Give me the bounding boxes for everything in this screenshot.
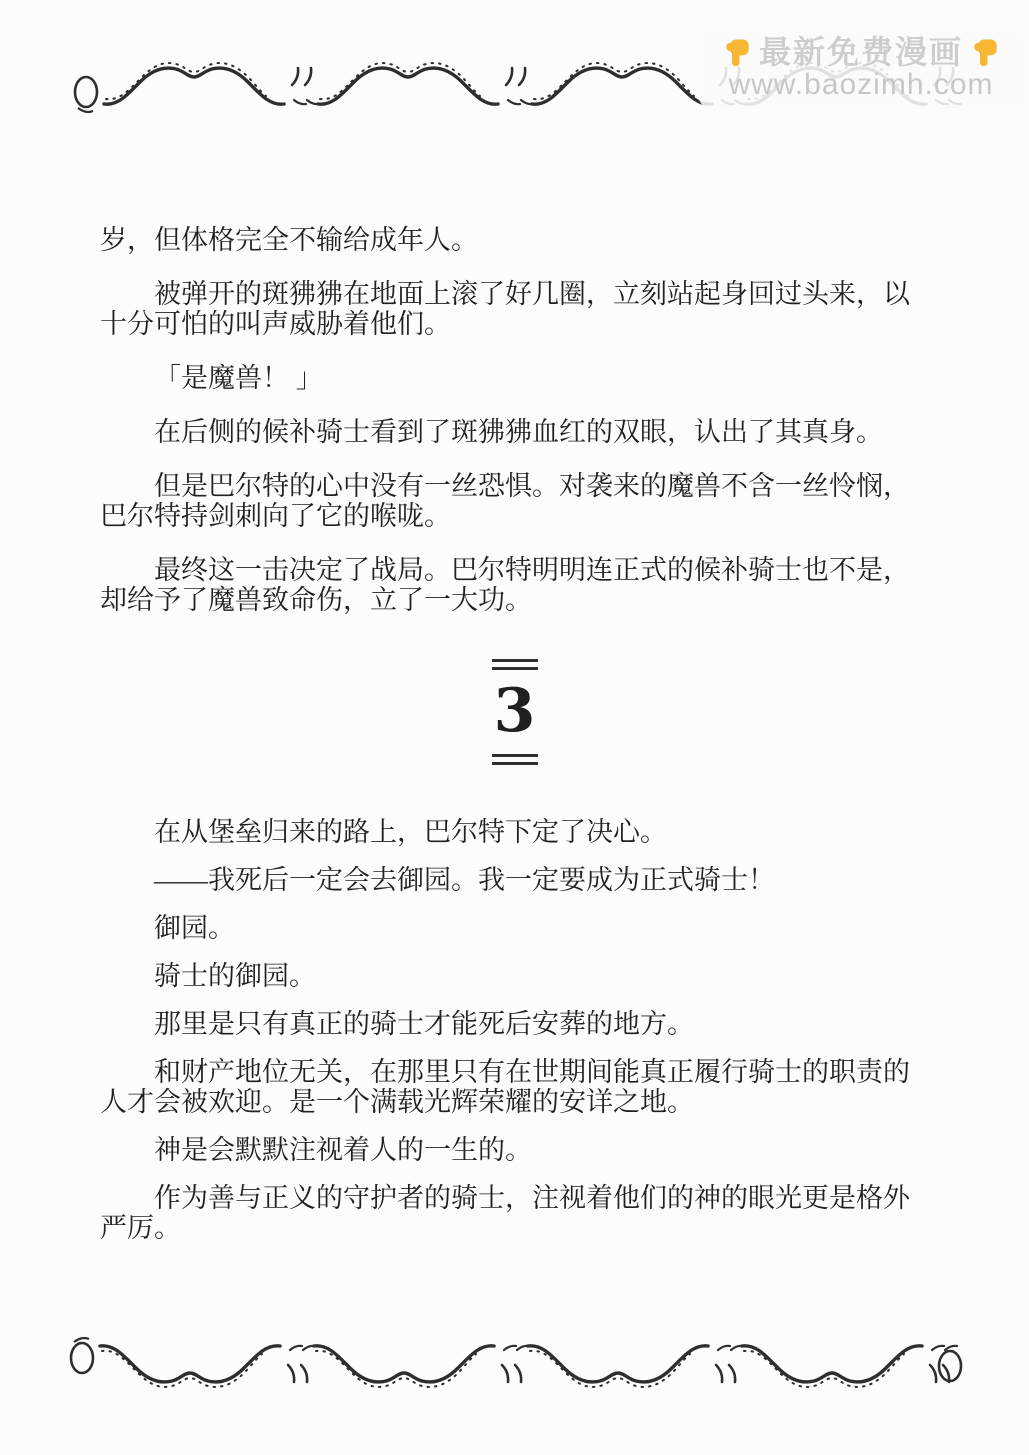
paragraph: ——我死后一定会去御园。我一定要成为正式骑士！ [100,865,929,895]
chapter-heading: 3 [492,659,538,765]
paragraph: 和财产地位无关，在那里只有在世期间能真正履行骑士的职责的人才会被欢迎。是一个满载… [100,1057,929,1117]
paragraph: 作为善与正义的守护者的骑士，注视着他们的神的眼光更是格外严厉。 [100,1183,929,1243]
text-section-2: 在从堡垒归来的路上，巴尔特下定了决心。 ——我死后一定会去御园。我一定要成为正式… [100,817,929,1243]
paragraph: 被弹开的斑狒狒在地面上滚了好几圈，立刻站起身回过头来，以十分可怕的叫声威胁着他们… [100,279,929,339]
watermark-overlay: 最新免费漫画 www.baozimh.com [698,26,1024,110]
chapter-number: 3 [492,678,538,744]
double-rule-bottom [492,754,538,765]
paragraph: 骑士的御园。 [100,961,929,991]
paragraph: 「是魔兽！ 」 [100,363,929,393]
paragraph: 神是会默默注视着人的一生的。 [100,1135,929,1165]
novel-page: 最新免费漫画 www.baozimh.com 岁，但体格完全不输给成年人。 被弹… [0,0,1029,1455]
paragraph: 御园。 [100,913,929,943]
chapter-text: 岁，但体格完全不输给成年人。 被弹开的斑狒狒在地面上滚了好几圈，立刻站起身回过头… [100,0,929,1261]
double-rule-top [492,659,538,670]
ornamental-border-bottom-icon [66,1330,966,1394]
paragraph: 岁，但体格完全不输给成年人。 [100,225,929,255]
paragraph: 但是巴尔特的心中没有一丝恐惧。对袭来的魔兽不含一丝怜悯，巴尔特持剑刺向了它的喉咙… [100,471,929,531]
text-section-1: 岁，但体格完全不输给成年人。 被弹开的斑狒狒在地面上滚了好几圈，立刻站起身回过头… [100,225,929,615]
paragraph: 在后侧的候补骑士看到了斑狒狒血红的双眼，认出了其真身。 [100,417,929,447]
pointing-down-hand-icon [970,36,1000,68]
watermark-title-row: 最新免费漫画 [722,36,1000,68]
pointing-down-hand-icon [722,36,752,68]
watermark-url: www.baozimh.com [728,70,993,100]
paragraph: 最终这一击决定了战局。巴尔特明明连正式的候补骑士也不是，却给予了魔兽致命伤，立了… [100,555,929,615]
watermark-title: 最新免费漫画 [759,36,963,68]
paragraph: 那里是只有真正的骑士才能死后安葬的地方。 [100,1009,929,1039]
paragraph: 在从堡垒归来的路上，巴尔特下定了决心。 [100,817,929,847]
